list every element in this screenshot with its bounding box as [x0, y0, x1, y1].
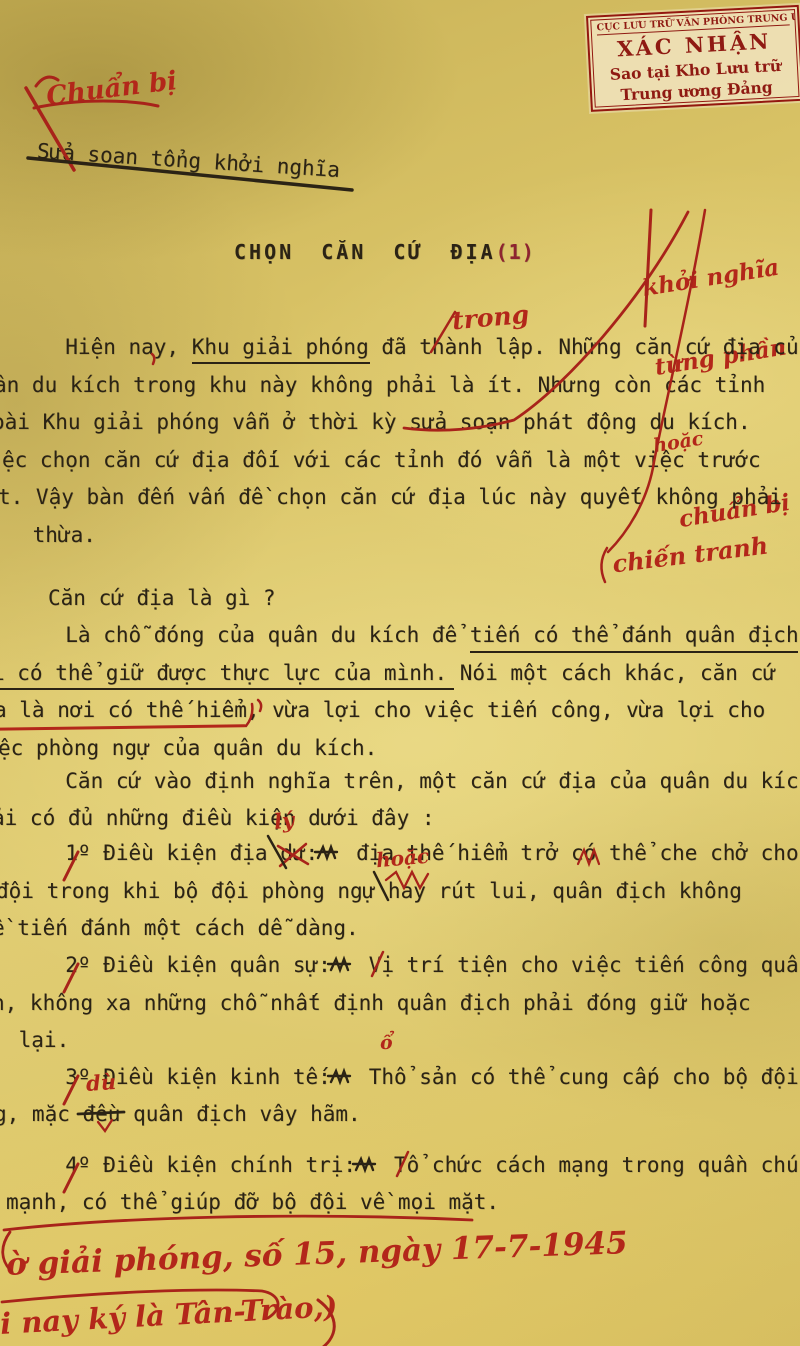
typed-line: 4º Điều kiện chính trị: Tổ chức cách mạn…: [40, 1150, 800, 1180]
typed-line: ệc chọn căn cứ địa đối với các tỉnh đó v…: [2, 445, 761, 475]
underline-tien-danh: [470, 651, 798, 653]
typed-line: đội trong khi bộ đội phòng ngự hay rút l…: [0, 876, 742, 906]
page-title: CHỌN CĂN CỨ ĐỊA(1): [234, 240, 535, 264]
crossed-typed-line: Sửa soạn tổng khởi nghĩa: [36, 136, 341, 185]
typed-line: Căn cứ vào định nghĩa trên, một căn cứ đ…: [40, 766, 800, 796]
typed-line: i có thể giữ được thực lực của mình. Nói…: [0, 658, 776, 688]
underline-khu-giai-phong: [192, 362, 370, 364]
typed-line: Là chỗ đóng của quân du kích để tiến có …: [40, 620, 800, 650]
archive-stamp-inner: CỤC LƯU TRỮ VĂN PHÒNG TRUNG ƯƠNG ĐẢ XÁC …: [590, 9, 799, 108]
margin-note-line: khởi nghĩa: [641, 255, 781, 302]
correction-du: dù: [85, 1069, 117, 1096]
handwritten-crossed-note: Chuẩn bị: [45, 66, 179, 112]
typed-line: lại.: [6, 1025, 69, 1055]
archive-stamp: CỤC LƯU TRỮ VĂN PHÒNG TRUNG ƯƠNG ĐẢ XÁC …: [586, 5, 800, 112]
typed-line: h, không xa những chỗ nhất định quân địc…: [0, 988, 751, 1018]
typed-line: ân du kích trong khu này không phải là í…: [0, 370, 765, 400]
typed-line: oài Khu giải phóng vẫn ở thời kỳ sửa soạ…: [0, 407, 751, 437]
document-page: { "colors":{"paper":"#d7c165","ink":"#2b…: [0, 0, 800, 1346]
typed-line: a là nơi có thế hiểm, vừa lợi cho việc t…: [0, 695, 765, 725]
title-text: CHỌN CĂN CỨ ĐỊA: [234, 240, 496, 264]
typed-line: ải có đủ những điều kiện dưới đây :: [0, 803, 435, 833]
underline-giu-thuc-luc: [0, 688, 454, 690]
correction-ly: lý: [273, 807, 296, 834]
typed-line: t. Vậy bàn đến vấn đề chọn căn cứ địa lú…: [0, 482, 782, 512]
typed-line: mạnh, có thể giúp đỡ bộ đội về mọi mặt.: [6, 1187, 499, 1217]
correction-hoac: hoặc: [375, 844, 430, 873]
title-footnote-marker: (1): [496, 240, 535, 264]
footnote-signature: i nay ký là Tân-Trào,): [0, 1289, 338, 1341]
typed-line: 3º Điều kiện kinh tế: Thổ sản có thể cun…: [40, 1062, 799, 1092]
footnote-source: ờ giải phóng, số 15, ngày 17-7-1945: [6, 1225, 629, 1283]
typed-line: ệc phòng ngự của quân du kích.: [0, 733, 377, 763]
red-underline-the-hiem: [0, 724, 246, 730]
inserted-word-trong: trong: [451, 300, 530, 336]
typed-line: thừa.: [20, 520, 96, 550]
typed-line: 2º Điều kiện quân sự: Vị trí tiện cho vi…: [40, 950, 800, 980]
typed-line: g, mặc đều quân địch vây hãm.: [0, 1099, 361, 1129]
typed-line: Hiện nay, Khu giải phóng đã thành lập. N…: [40, 332, 800, 362]
typed-line: ề tiến đánh một cách dễ dàng.: [0, 913, 359, 943]
correction-tho-diacritic: ổ: [379, 1032, 393, 1055]
section-heading: Căn cứ địa là gì ?: [48, 583, 276, 613]
